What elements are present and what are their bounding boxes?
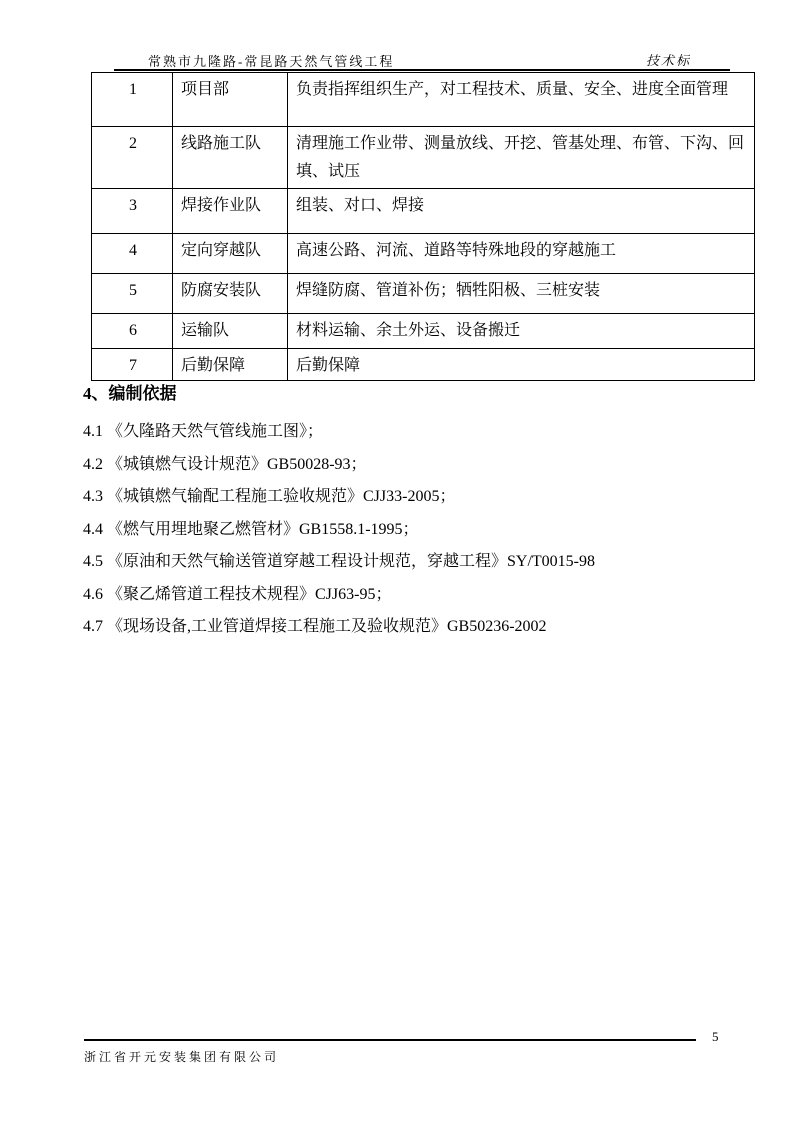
table-row: 2 线路施工队 清理施工作业带、测量放线、开挖、管基处理、布管、下沟、回填、试压 xyxy=(92,127,755,189)
unit-name-cell: 项目部 xyxy=(173,73,288,127)
reference-item: 4.2 《城镇燃气设计规范》GB50028-93； xyxy=(83,449,723,482)
header-rule xyxy=(114,69,730,71)
row-number-cell: 4 xyxy=(92,234,173,274)
footer-company-name: 浙江省开元安装集团有限公司 xyxy=(84,1048,279,1065)
page-number: 5 xyxy=(712,1029,719,1045)
unit-name-cell: 定向穿越队 xyxy=(173,234,288,274)
header-project-title: 常熟市九隆路-常昆路天然气管线工程 xyxy=(148,51,394,70)
row-number-cell: 1 xyxy=(92,73,173,127)
table-row: 7 后勤保障 后勤保障 xyxy=(92,349,755,381)
reference-item: 4.5 《原油和天然气输送管道穿越工程设计规范，穿越工程》SY/T0015-98 xyxy=(83,546,723,579)
section-compilation-basis: 4、编制依据 4.1 《久隆路天然气管线施工图》； 4.2 《城镇燃气设计规范》… xyxy=(83,383,723,644)
unit-name-cell: 线路施工队 xyxy=(173,127,288,189)
row-number-cell: 7 xyxy=(92,349,173,381)
table-row: 5 防腐安装队 焊缝防腐、管道补伤；牺牲阳极、三桩安装 xyxy=(92,274,755,314)
header-doc-type-label: 技术标 xyxy=(646,50,691,69)
row-number-cell: 5 xyxy=(92,274,173,314)
duty-cell: 焊缝防腐、管道补伤；牺牲阳极、三桩安装 xyxy=(288,274,755,314)
table-row: 6 运输队 材料运输、余土外运、设备搬迁 xyxy=(92,314,755,349)
table-row: 3 焊接作业队 组装、对口、焊接 xyxy=(92,189,755,234)
footer-rule xyxy=(84,1039,696,1041)
duty-cell: 组装、对口、焊接 xyxy=(288,189,755,234)
unit-name-cell: 焊接作业队 xyxy=(173,189,288,234)
duty-cell: 后勤保障 xyxy=(288,349,755,381)
row-number-cell: 6 xyxy=(92,314,173,349)
org-duty-table: 1 项目部 负责指挥组织生产，对工程技术、质量、安全、进度全面管理 2 线路施工… xyxy=(91,72,755,381)
duty-cell: 负责指挥组织生产，对工程技术、质量、安全、进度全面管理 xyxy=(288,73,755,127)
reference-item: 4.1 《久隆路天然气管线施工图》； xyxy=(83,416,723,449)
unit-name-cell: 防腐安装队 xyxy=(173,274,288,314)
duty-cell: 高速公路、河流、道路等特殊地段的穿越施工 xyxy=(288,234,755,274)
reference-item: 4.7 《现场设备,工业管道焊接工程施工及验收规范》GB50236-2002 xyxy=(83,611,723,644)
section-heading: 4、编制依据 xyxy=(83,383,723,405)
table-row: 4 定向穿越队 高速公路、河流、道路等特殊地段的穿越施工 xyxy=(92,234,755,274)
duty-cell: 清理施工作业带、测量放线、开挖、管基处理、布管、下沟、回填、试压 xyxy=(288,127,755,189)
reference-item: 4.3 《城镇燃气输配工程施工验收规范》CJJ33-2005； xyxy=(83,481,723,514)
row-number-cell: 2 xyxy=(92,127,173,189)
duty-cell: 材料运输、余土外运、设备搬迁 xyxy=(288,314,755,349)
reference-item: 4.6 《聚乙烯管道工程技术规程》CJJ63-95； xyxy=(83,579,723,612)
table-row: 1 项目部 负责指挥组织生产，对工程技术、质量、安全、进度全面管理 xyxy=(92,73,755,127)
reference-list: 4.1 《久隆路天然气管线施工图》； 4.2 《城镇燃气设计规范》GB50028… xyxy=(83,416,723,644)
document-page: 常熟市九隆路-常昆路天然气管线工程 技术标 1 项目部 负责指挥组织生产，对工程… xyxy=(0,0,793,1122)
unit-name-cell: 运输队 xyxy=(173,314,288,349)
row-number-cell: 3 xyxy=(92,189,173,234)
unit-name-cell: 后勤保障 xyxy=(173,349,288,381)
reference-item: 4.4 《燃气用埋地聚乙燃管材》GB1558.1-1995； xyxy=(83,514,723,547)
